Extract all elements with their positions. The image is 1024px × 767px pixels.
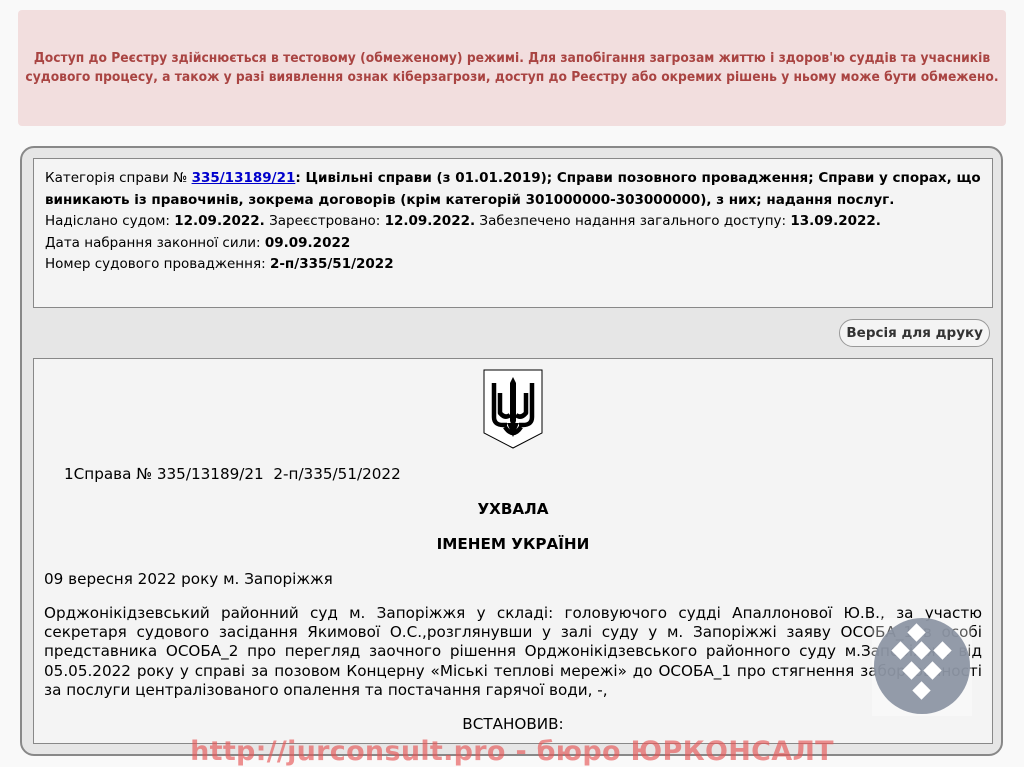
case-category: Категорія справи № 335/13189/21: Цивільн… — [45, 168, 981, 211]
footer-watermark: http://jurconsult.pro - бюро ЮРКОНСАЛТ — [0, 736, 1024, 767]
case-info-box: Категорія справи № 335/13189/21: Цивільн… — [33, 158, 993, 308]
document-title: УХВАЛА — [34, 500, 992, 518]
logo-watermark-icon — [872, 616, 972, 716]
document-subtitle: ІМЕНЕМ УКРАЇНИ — [34, 535, 992, 553]
document-date-place: 09 вересня 2022 року м. Запоріжжя — [44, 570, 333, 588]
access-notice: Доступ до Реєстру здійснюється в тестово… — [18, 10, 1006, 126]
coat-of-arms-icon — [483, 369, 543, 449]
effective-date: Дата набрання законної сили: 09.09.2022 — [45, 233, 981, 255]
document-body: 1Справа № 335/13189/21 2-п/335/51/2022 У… — [33, 358, 993, 744]
notice-text: Доступ до Реєстру здійснюється в тестово… — [24, 49, 999, 87]
document-paragraph: Орджонікідзевський районний суд м. Запор… — [44, 604, 982, 700]
document-established: ВСТАНОВИВ: — [34, 715, 992, 733]
proceeding-number: Номер судового провадження: 2-п/335/51/2… — [45, 254, 981, 276]
case-number-link[interactable]: 335/13189/21 — [192, 170, 296, 186]
print-version-button[interactable]: Версія для друку — [839, 319, 990, 347]
document-header-line: 1Справа № 335/13189/21 2-п/335/51/2022 — [64, 465, 401, 483]
decision-panel: Категорія справи № 335/13189/21: Цивільн… — [20, 146, 1003, 756]
case-dates: Надіслано судом: 12.09.2022. Зареєстрова… — [45, 211, 981, 233]
